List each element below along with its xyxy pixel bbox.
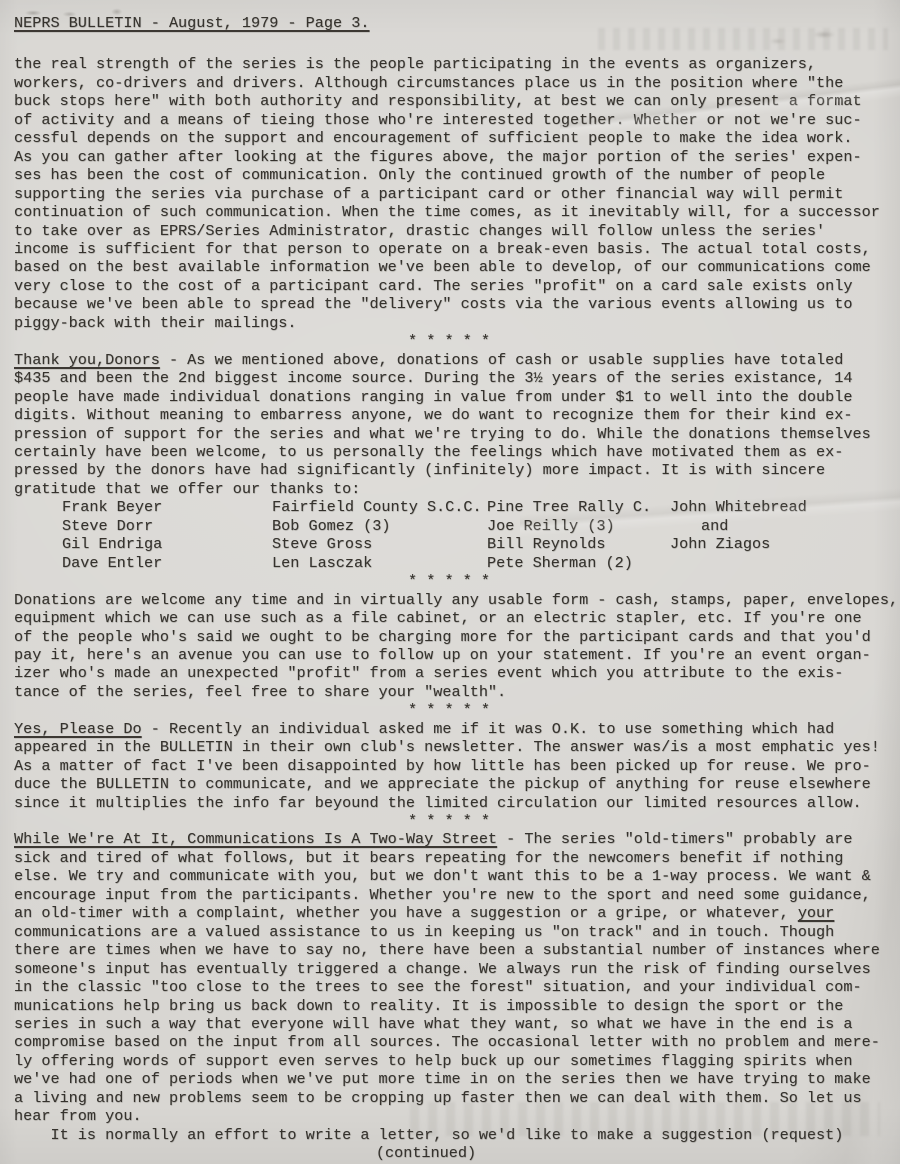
donor-cell: Frank Beyer: [62, 498, 272, 516]
donor-cell: Gil Endriga: [62, 535, 272, 553]
section-heading: Yes, Please Do: [14, 720, 142, 738]
donor-cell: [670, 554, 896, 572]
bulletin-page: NEPRS BULLETIN - August, 1979 - Page 3. …: [0, 0, 900, 1164]
paragraph-series-strength: the real strength of the series is the p…: [14, 55, 896, 332]
emphasized-word: your: [798, 904, 834, 922]
donor-cell: and: [670, 517, 896, 535]
donor-cell: Steve Gross: [272, 535, 487, 553]
donor-cell: Bob Gomez (3): [272, 517, 487, 535]
donor-cell: Pete Sherman (2): [487, 554, 670, 572]
paragraph-text: appeared in the BULLETIN in their own cl…: [14, 738, 896, 812]
section-heading: Thank you,Donors: [14, 351, 160, 369]
underlined-your-line: an old-timer with a complaint, whether y…: [14, 904, 896, 922]
continued-note: (continued): [14, 1144, 896, 1162]
paragraph-donations-welcome: Donations are welcome any time and in vi…: [14, 591, 896, 702]
section-separator: * * * * *: [14, 332, 896, 350]
heading-line: Thank you,Donors - As we mentioned above…: [14, 351, 896, 369]
donor-cell: Len Lasczak: [272, 554, 487, 572]
section-separator: * * * * *: [14, 701, 896, 719]
page-title: NEPRS BULLETIN - August, 1979 - Page 3.: [14, 14, 369, 32]
paragraph-thank-you-donors: Thank you,Donors - As we mentioned above…: [14, 351, 896, 499]
paragraph-text: $435 and been the 2nd biggest income sou…: [14, 369, 896, 498]
donor-cell: Dave Entler: [62, 554, 272, 572]
donor-cell: John Ziagos: [670, 535, 896, 553]
donor-cell: Pine Tree Rally C.: [487, 498, 670, 516]
paragraph-text: sick and tired of what follows, but it b…: [14, 849, 896, 904]
page-header: NEPRS BULLETIN - August, 1979 - Page 3.: [14, 14, 896, 32]
line-text: an old-timer with a complaint, whether y…: [14, 904, 798, 922]
donor-cell: Fairfield County S.C.C.: [272, 498, 487, 516]
donor-cell: Joe Reilly (3): [487, 517, 670, 535]
heading-line: Yes, Please Do - Recently an individual …: [14, 720, 896, 738]
donor-cell: Steve Dorr: [62, 517, 272, 535]
donor-cell: Bill Reynolds: [487, 535, 670, 553]
heading-rest: - Recently an individual asked me if it …: [142, 720, 835, 738]
document-body: the real strength of the series is the p…: [14, 55, 896, 1162]
heading-line: While We're At It, Communications Is A T…: [14, 830, 896, 848]
donors-table: Frank Beyer Fairfield County S.C.C. Pine…: [14, 498, 896, 572]
paragraph-two-way-street: While We're At It, Communications Is A T…: [14, 830, 896, 1144]
section-separator: * * * * *: [14, 812, 896, 830]
heading-rest: - The series "old-timers" probably are: [497, 830, 852, 848]
donor-cell: John Whitebread: [670, 498, 896, 516]
heading-rest: - As we mentioned above, donations of ca…: [160, 351, 844, 369]
section-heading: While We're At It, Communications Is A T…: [14, 830, 497, 848]
paragraph-text: communications are a valued assistance t…: [14, 923, 896, 1144]
paragraph-yes-please-do: Yes, Please Do - Recently an individual …: [14, 720, 896, 812]
section-separator: * * * * *: [14, 572, 896, 590]
